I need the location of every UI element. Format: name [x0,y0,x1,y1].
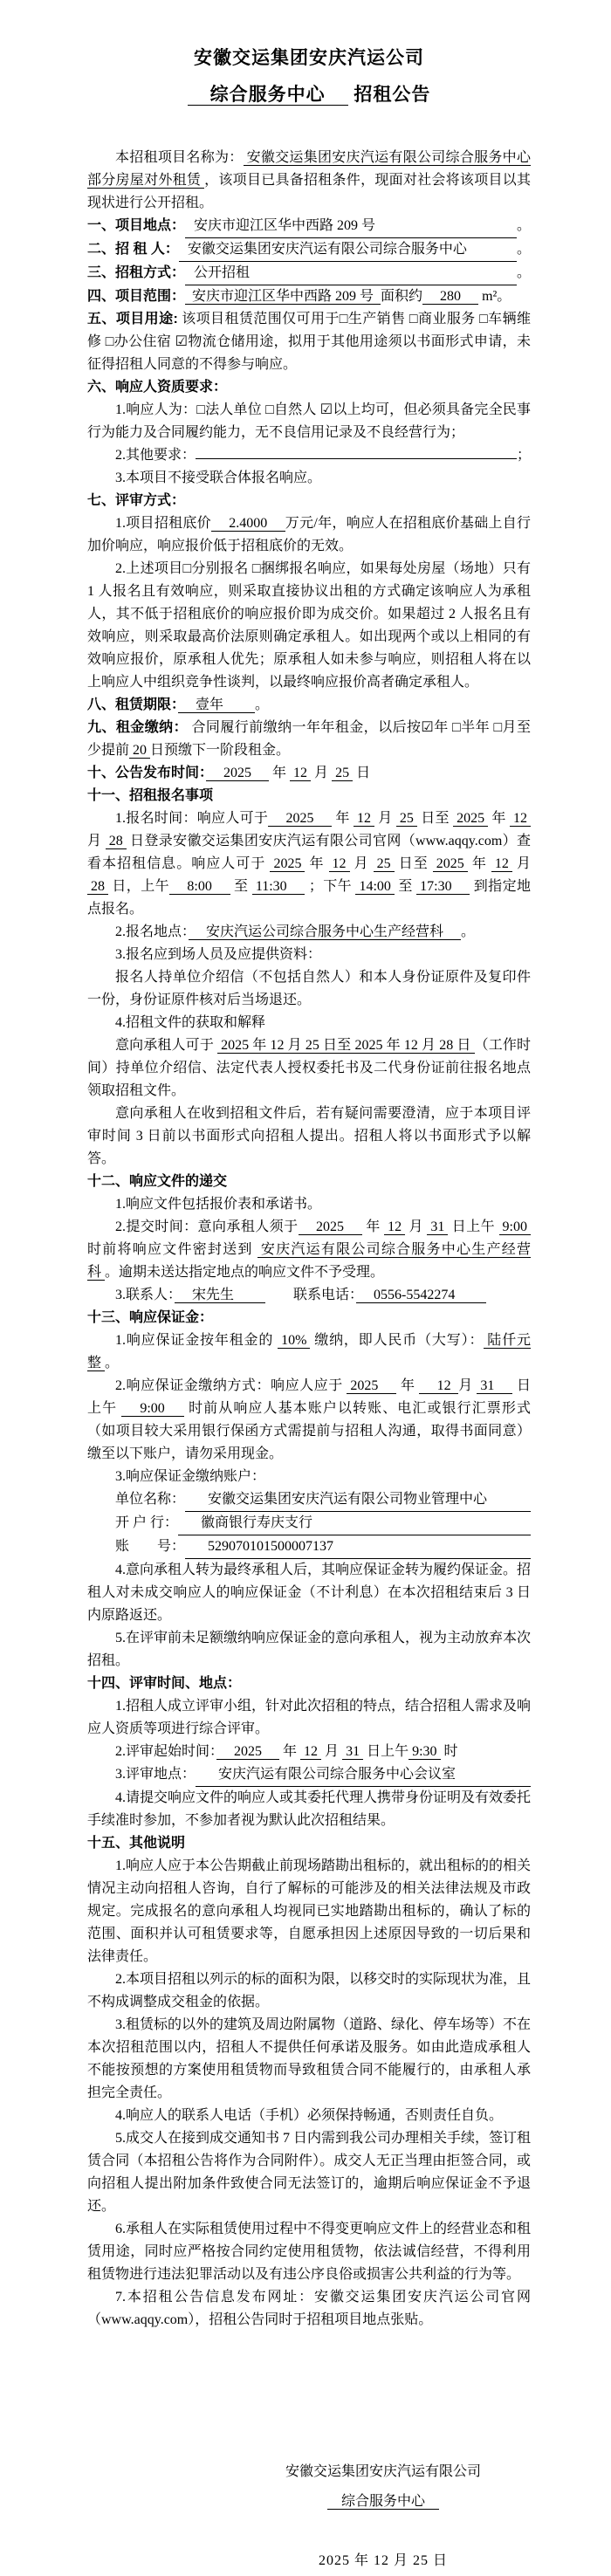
text-run: 缴纳，即人民币（大写）： [310,1333,484,1348]
fill-in-value: 12 [329,856,350,872]
text-run: ； [517,444,531,467]
fill-in-value: 9:00 [499,1219,531,1235]
section-11-item-3-required-materials: 3.报名应到场人员及应提供资料： [87,944,531,966]
text-run: 单位名称： [115,1488,185,1511]
fill-in-value: 2025 年 12 月 25 日至 2025 年 12 月 28 日 [217,1038,474,1054]
text-run: 意向承租人可于 [115,1038,217,1053]
text-run: 。 [461,924,475,939]
fill-in-value: 17:30 [416,879,470,895]
section-6-item-1: 1.响应人为：□法人单位 □自然人 ☑以上均可，但必须具备完全民事行为能力及合同… [87,399,531,444]
text-run: 时 [441,1744,458,1759]
section-15-heading: 十五、其他说明 [87,1832,531,1855]
text-run: 3.本项目不接受联合体报名响应。 [115,471,321,485]
fill-in-value: 12 [384,1219,405,1235]
section-10-announcement-date: 十、公告发布时间： 2025 年 12 月 25 日 [87,762,531,785]
fill-in-value: 安庆汽运公司综合服务中心生产经营科 [189,924,461,940]
section-11-item-1-registration-time: 1.报名时间：响应人可于 2025 年 12 月 25 日至 2025 年 12… [87,807,531,921]
fill-in-value: 28 [87,879,108,895]
section-11-item-2-registration-place: 2.报名地点： 安庆汽运公司综合服务中心生产经营科 。 [87,921,531,944]
section-1-project-location: 一、项目地点：安庆市迎江区华中西路 209 号。 [87,215,531,238]
text-run: ；下午 [305,879,355,894]
section-15-item-7: 7.本招租公告信息发布网址：安徽交运集团安庆汽运公司官网（www.aqqy.co… [87,2286,531,2332]
text-run: 月 [374,811,396,826]
section-12-item-2-submission-time: 2.提交时间：意向承租人须于 2025 年 12 月 31 日上午 9:00 时… [87,1216,531,1284]
section-label: 八、租赁期限： [87,697,178,712]
text-run: 4.请提交响应文件的响应人或其委托代理人携带身份证明及有效委托手续准时参加，不参… [87,1790,531,1828]
text-run: 1.报名时间：响应人可于 [115,811,268,826]
fill-in-value: 公开招租 [185,262,517,285]
fill-in-value: 2.4000 [211,516,285,532]
text-run: 本招租项目名称为： [115,150,244,165]
fill-in-value: 安庆市迎江区华中西路 209 号 [185,289,381,305]
text-run: 4.响应人的联系人电话（手机）必须保持畅通，否则责任自负。 [115,2108,503,2123]
section-label: 六、响应人资质要求： [87,380,227,395]
section-13-heading: 十三、响应保证金： [87,1307,531,1329]
section-label: 十五、其他说明 [87,1836,185,1851]
section-14-heading: 十四、评审时间、地点： [87,1673,531,1695]
text-run: 月 [512,856,531,871]
fill-in-value: 12 [354,811,374,827]
page-title-company: 安徽交运集团安庆汽运公司 [87,45,531,72]
account-bank-name: 开 户 行： 徽商银行寿庆支行 [87,1512,531,1535]
signature-department-underlined: 综合服务中心 [327,2494,439,2510]
section-13-item-3-deposit-account: 3.响应保证金缴纳账户： [87,1466,531,1488]
section-5-project-use: 五、项目用途: 该项目租赁范围仅可用于□生产销售 □商业服务 □车辆维修 □办公… [87,308,531,376]
section-14-item-2-review-time: 2.评审起始时间： 2025 年 12 月 31 日上午9:30 时 [87,1741,531,1763]
fill-in-value: 529070101500007137 [185,1535,531,1559]
fill-in-value: 9:30 [408,1744,440,1760]
text-run: 6.承租人在实际租赁使用过程中不得变更响应文件上的经营业态和租赁用途，同时应严格… [87,2222,531,2282]
text-run: 1.招租人成立评审小组，针对此次招租的特点，结合招租人需求及响应人资质等项进行综… [87,1699,531,1736]
section-15-item-2: 2.本项目招租以列示的标的面积为限，以移交时的实际现状为准，且不构成调整成交租金… [87,1968,531,2014]
text-run: 至 [230,879,252,894]
section-7-item-1: 1.项目招租底价 2.4000 万元/年，响应人在招租底价基础上自行加价响应，响… [87,512,531,558]
fill-in-value: 2025 [453,811,488,827]
text-run: 年 [305,856,328,871]
text-run: 月 [350,856,374,871]
text-run: 7.本招租公告信息发布网址：安徽交运集团安庆汽运公司官网（www.aqqy.co… [87,2290,531,2327]
section-2-lessor: 二、招 租 人：安徽交运集团安庆汽运有限公司综合服务中心。 [87,238,531,262]
section-14-item-1: 1.招租人成立评审小组，针对此次招租的特点，结合招租人需求及响应人资质等项进行综… [87,1695,531,1741]
account-number: 账 号： 529070101500007137 [87,1535,531,1559]
text-run: 年 [468,856,491,871]
fill-in-value: 安庆市迎江区华中西路 209 号 [185,215,517,238]
section-11-item-4-detail-2: 意向承租人在收到招租文件后，若有疑问需要澄清，应于本项目评审时间 3 日前以书面… [87,1103,531,1171]
fill-in-value: 安徽交运集团安庆汽运有限公司综合服务中心 [179,238,517,262]
text-run: 年 [279,1744,300,1759]
fill-in-value: 20 [129,743,150,759]
fill-in-value: 31 [427,1219,448,1235]
text-run: 年 [362,1219,384,1234]
section-15-item-1: 1.响应人应于本公告期截止前现场踏勘出租标的，就出租标的的相关情况主动向招租人咨… [87,1855,531,1968]
text-run: 2.响应保证金缴纳方式：响应人应于 [115,1378,347,1393]
text-run: 3.响应保证金缴纳账户： [115,1469,265,1484]
fill-in-value: 2025 [299,1219,362,1235]
section-12-item-1: 1.响应文件包括报价表和承诺书。 [87,1193,531,1216]
fill-in-value: 12 [510,811,531,827]
fill-in-value: 宋先生 [175,1288,265,1303]
text-run: 3.联系人： [115,1288,175,1302]
text-run: 3.租赁标的以外的建筑及周边附属物（道路、绿化、停车场等）不在本次招租范围以内，… [87,2017,531,2100]
text-run: 5.在评审前未足额缴纳响应保证金的意向承租人，视为主动放弃本次招租。 [87,1631,531,1668]
fill-in-value: 11:30 [252,879,305,895]
text-run: 日上午 [363,1744,408,1759]
section-label: 四、项目范围： [87,289,185,304]
section-6-item-2: 2.其他要求：； [87,444,531,467]
fill-in-value: 31 [477,1378,512,1394]
fill-in-value: 12 [290,766,311,781]
text-run: 2.其他要求： [115,444,196,467]
fill-in-value: 综合服务中心 [188,85,348,106]
text-run: 意向承租人在收到招租文件后，若有疑问需要澄清，应于本项目评审时间 3 日前以书面… [87,1106,531,1166]
section-4-project-scope: 四、项目范围： 安庆市迎江区华中西路 209 号 面积约 280 m²。 [87,285,531,308]
text-run: 1.响应人应于本公告期截止前现场踏勘出租标的，就出租标的的相关情况主动向招租人咨… [87,1858,531,1964]
section-label: 十二、响应文件的递交 [87,1174,227,1189]
section-11-item-3-detail: 报名人持单位介绍信（不包括自然人）和本人身份证原件及复印件一份，身份证原件核对后… [87,966,531,1012]
section-7-item-2: 2.上述项目□分别报名 □捆绑报名响应，如果每处房屋（场地）只有 1 人报名且有… [87,558,531,694]
section-11-item-4-detail-1: 意向承租人可于 2025 年 12 月 25 日至 2025 年 12 月 28… [87,1034,531,1103]
intro-paragraph: 本招租项目名称为：安徽交运集团安庆汽运有限公司综合服务中心部分房屋对外租赁，该项… [87,147,531,215]
section-3-rental-method: 三、招租方式：公开招租。 [87,262,531,285]
text-run: 日，上午 [108,879,169,894]
fill-in-value: 28 [106,834,127,849]
text-run: 招租公告 [348,85,431,105]
section-label: 十一、招租报名事项 [87,788,213,803]
text-run: 2.本项目招租以列示的标的面积为限，以移交时的实际现状为准，且不构成调整成交租金… [87,1972,531,2009]
signature-block: 安徽交运集团安庆汽运有限公司 综合服务中心 2025 年 12 月 25 日 [258,2461,508,2573]
section-12-heading: 十二、响应文件的递交 [87,1171,531,1193]
text-run: 。 [517,238,531,261]
text-run: 年 [488,811,510,826]
fill-in-value [196,458,517,459]
fill-in-value: 10% [278,1333,310,1349]
fill-in-value: 8:00 [169,879,230,895]
fill-in-value: 2025 [216,1744,279,1760]
text-run: 4.招租文件的获取和解释 [115,1015,265,1030]
fill-in-value: 2025 [433,856,468,872]
text-run: 开 户 行： [115,1512,178,1535]
section-6-heading: 六、响应人资质要求： [87,376,531,399]
section-15-item-6: 6.承租人在实际租赁使用过程中不得变更响应文件上的经营业态和租赁用途，同时应严格… [87,2218,531,2286]
section-13-item-4: 4.意向承租人转为最终承租人后，其响应保证金转为履约保证金。招租人对未成交响应人… [87,1559,531,1627]
section-15-item-5: 5.成交人在接到成交通知书 7 日内需到我公司办理相关手续，签订租赁合同（本招租… [87,2127,531,2218]
text-run: m²。 [478,289,511,304]
section-7-heading: 七、评审方式： [87,490,531,512]
text-run: 月 [321,1744,342,1759]
rental-announcement-document: 安徽交运集团安庆汽运公司 综合服务中心 招租公告 本招租项目名称为：安徽交运集团… [0,0,611,2576]
text-run: 。 [517,262,531,285]
text-run: 联系电话： [265,1288,356,1302]
fill-in-value: 2025 [270,856,305,872]
section-13-item-5: 5.在评审前未足额缴纳响应保证金的意向承租人，视为主动放弃本次招租。 [87,1627,531,1673]
section-label: 七、评审方式： [87,493,185,508]
section-label: 十三、响应保证金： [87,1310,213,1325]
text-run: 日至 [417,811,453,826]
signature-department: 综合服务中心 [258,2490,508,2513]
fill-in-value: 徽商银行寿庆支行 [178,1512,531,1535]
text-run: 1.响应保证金按年租金的 [115,1333,278,1348]
fill-in-value: 安庆汽运有限公司综合服务中心会议室 [196,1763,531,1787]
text-run: 2.评审起始时间： [115,1744,216,1759]
text-run: 至 [395,879,416,894]
fill-in-value: 2025 [206,766,269,781]
text-run: 。 [255,697,269,712]
text-run: 1.项目招租底价 [115,516,211,531]
section-label: 五、项目用途: [87,312,178,326]
fill-in-value: 25 [396,811,417,827]
section-14-item-3-review-place: 3.评审地点： 安庆汽运有限公司综合服务中心会议室 [87,1763,531,1787]
text-run: 日至 [395,856,433,871]
text-run: 日预缴下一阶段租金。 [150,743,290,758]
fill-in-value: 壹年 [178,697,255,713]
section-13-item-2-deposit-payment: 2.响应保证金缴纳方式：响应人应于 2025 年 12 月 31 日上午 9:0… [87,1375,531,1466]
text-run: 2.上述项目□分别报名 □捆绑报名响应，如果每处房屋（场地）只有 1 人报名且有… [87,561,531,690]
section-12-item-3-contact: 3.联系人： 宋先生 联系电话： 0556-5542274 [87,1284,531,1307]
text-run: 1.响应文件包括报价表和承诺书。 [115,1197,321,1212]
fill-in-value: 2025 [347,1378,396,1394]
section-14-item-4: 4.请提交响应文件的响应人或其委托代理人携带身份证明及有效委托手续准时参加，不参… [87,1787,531,1832]
section-label: 十四、评审时间、地点： [87,1676,241,1691]
fill-in-value: 安徽交运集团安庆汽运有限公司物业管理中心 [185,1488,531,1512]
fill-in-value: 12 [419,1378,458,1394]
text-run: 月 [405,1219,427,1234]
section-15-item-3: 3.租赁标的以外的建筑及周边附属物（道路、绿化、停车场等）不在本次招租范围以内，… [87,2014,531,2105]
section-13-item-1-deposit-amount: 1.响应保证金按年租金的 10% 缴纳，即人民币（大写）：陆仟元整。 [87,1329,531,1375]
text-run: 3.报名应到场人员及应提供资料： [115,947,321,962]
fill-in-value: 0556-5542274 [356,1288,486,1303]
text-run: 月 [311,766,332,780]
section-8-lease-term: 八、租赁期限： 壹年 。 [87,694,531,717]
fill-in-value: 31 [342,1744,363,1760]
text-run: 3.评审地点： [115,1763,196,1786]
text-run: 4.意向承租人转为最终承租人后，其响应保证金转为履约保证金。招租人对未成交响应人… [87,1563,531,1623]
fill-in-value: 25 [332,766,353,781]
text-run: 2.报名地点： [115,924,189,939]
text-run: 年 [269,766,290,780]
text-run: 时前将响应文件密封送到 [87,1242,257,1257]
account-unit-name: 单位名称： 安徽交运集团安庆汽运有限公司物业管理中心 [87,1488,531,1512]
text-run: 报名人持单位介绍信（不包括自然人）和本人身份证原件及复印件一份，身份证原件核对后… [87,970,531,1007]
fill-in-value: 25 [374,856,395,872]
fill-in-value: 280 [422,289,478,305]
section-9-rent-payment: 九、租金缴纳： 合同履行前缴纳一年年租金，以后按☑年 □半年 □月至少提前20日… [87,717,531,762]
text-run: 月 [458,1378,477,1393]
text-run: 1.响应人为：□法人单位 □自然人 ☑以上均可，但必须具备完全民事行为能力及合同… [87,402,531,440]
section-11-heading: 十一、招租报名事项 [87,785,531,807]
fill-in-value: 2025 [268,811,332,827]
section-6-item-3: 3.本项目不接受联合体报名响应。 [87,467,531,490]
signature-company: 安徽交运集团安庆汽运有限公司 [258,2461,508,2483]
text-run: 面积约 [381,289,422,304]
section-label: 十、公告发布时间： [87,766,206,780]
fill-in-value: 14:00 [355,879,394,895]
text-run: 日上午 [448,1219,498,1234]
section-label: 三、招租方式： [87,262,185,285]
text-run: 日 [353,766,370,780]
text-run: 。 [517,215,531,237]
page-title-announcement: 综合服务中心 招租公告 [87,82,531,108]
text-run: 。 [105,1356,119,1370]
text-run: 月 [87,834,106,848]
fill-in-value: 9:00 [121,1401,184,1417]
text-run: 年 [396,1378,419,1393]
text-run: 5.成交人在接到成交通知书 7 日内需到我公司办理相关手续，签订租赁合同（本招租… [87,2131,531,2214]
text-run: 。逾期未送达指定地点的响应文件不予受理。 [105,1265,384,1280]
text-run: 账 号： [115,1535,185,1558]
section-label: 一、项目地点： [87,215,185,237]
section-label: 二、招 租 人： [87,238,179,261]
fill-in-value: 12 [491,856,512,872]
section-11-item-4-document-obtain: 4.招租文件的获取和解释 [87,1012,531,1034]
section-15-item-4: 4.响应人的联系人电话（手机）必须保持畅通，否则责任自负。 [87,2105,531,2127]
text-run: 2.提交时间：意向承租人须于 [115,1219,299,1234]
text-run: 年 [332,811,354,826]
fill-in-value: 12 [300,1744,321,1760]
signature-date: 2025 年 12 月 25 日 [258,2550,508,2573]
section-label: 九、租金缴纳： [87,720,188,735]
